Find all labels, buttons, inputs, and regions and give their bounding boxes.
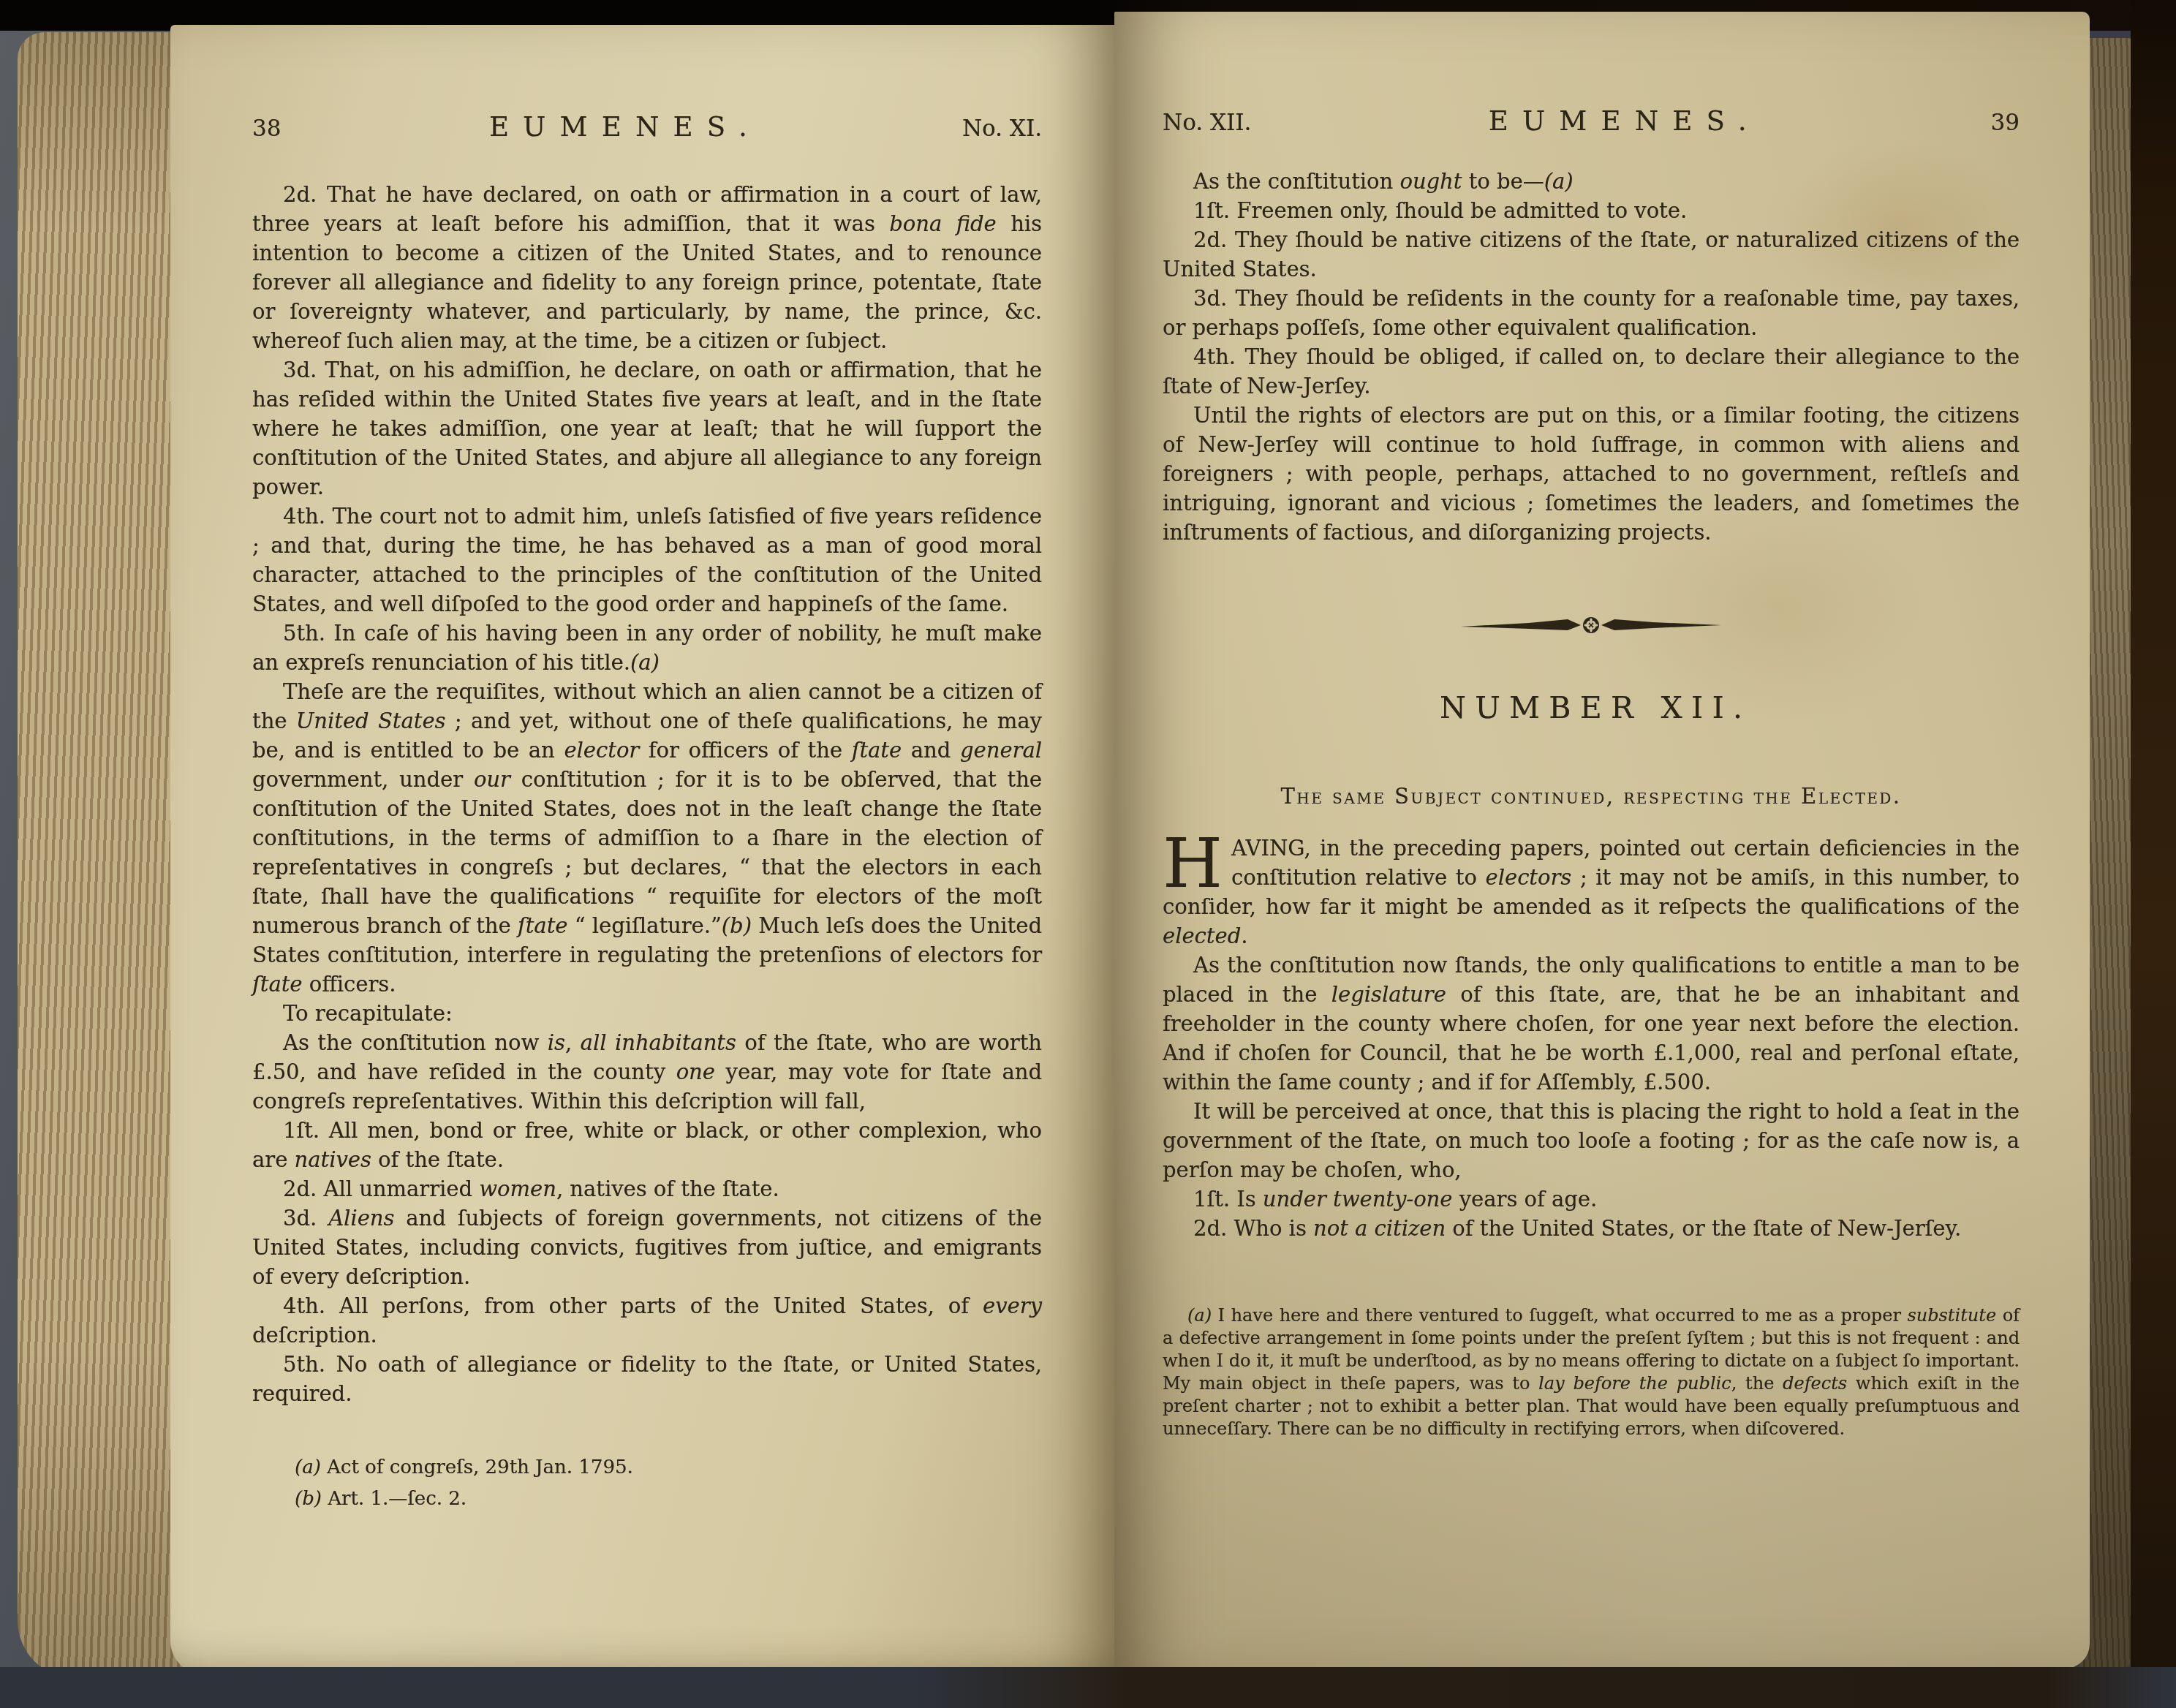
backdrop-bottom-shadow <box>0 1667 2176 1708</box>
right-running-title: EUMENES. <box>1481 105 1761 137</box>
paragraph: 4th. They ſhould be obliged, if called o… <box>1163 342 2020 401</box>
paragraph: 3d. Aliens and ſubjects of foreign gover… <box>252 1203 1042 1291</box>
paragraph: 2d. Who is not a citizen of the United S… <box>1163 1214 2020 1243</box>
paragraph: 3d. That, on his admiſſion, he declare, … <box>252 355 1042 502</box>
right-page-body-main: HAVING, in the preceding papers, pointed… <box>1163 834 2020 1243</box>
paragraph: 1ſt. Is under twenty-one years of age. <box>1163 1184 2020 1214</box>
paragraph: Theſe are the requiſites, without which … <box>252 677 1042 999</box>
paragraph: It will be perceived at once, that this … <box>1163 1097 2020 1184</box>
paragraph: As the conſtitution ought to be—(a) <box>1163 167 2020 196</box>
right-issue-number: No. XII. <box>1163 110 1251 136</box>
right-page-number: 39 <box>1991 110 2020 136</box>
paragraph: 5th. In caſe of his having been in any o… <box>252 619 1042 677</box>
left-running-header: 38 EUMENES. No. XI. <box>252 111 1042 143</box>
left-issue-number: No. XI. <box>962 116 1042 142</box>
section-subject-line: The same Subject continued, respecting t… <box>1163 784 2020 809</box>
paragraph: 2d. They ſhould be native citizens of th… <box>1163 225 2020 284</box>
paragraph: As the conſtitution now ſtands, the only… <box>1163 951 2020 1097</box>
footnote-a: (a) Act of congreſs, 29th Jan. 1795. <box>295 1452 1026 1484</box>
paragraph: 1ſt. Freemen only, ſhould be admitted to… <box>1163 196 2020 225</box>
paragraph: Until the rights of electors are put on … <box>1163 401 2020 547</box>
left-page-number: 38 <box>252 116 281 142</box>
paragraph: To recapitulate: <box>252 999 1042 1028</box>
left-page: 38 EUMENES. No. XI. 2d. That he have dec… <box>170 25 1115 1674</box>
left-running-title: EUMENES. <box>482 111 761 143</box>
paragraph: 2d. That he have declared, on oath or af… <box>252 180 1042 355</box>
section-heading: NUMBER XII. <box>1163 690 2020 725</box>
opening-paragraph-text: AVING, in the preceding papers, pointed … <box>1163 836 2020 948</box>
footnote-a-text: (a) I have here and there ventured to ſu… <box>1163 1304 2020 1440</box>
book-spread-scan: 38 EUMENES. No. XI. 2d. That he have dec… <box>0 0 2176 1708</box>
paragraph: 4th. The court not to admit him, unleſs … <box>252 502 1042 619</box>
drop-cap: H <box>1163 834 1231 891</box>
paragraph: 5th. No oath of allegiance or fidelity t… <box>252 1350 1042 1408</box>
right-page: No. XII. EUMENES. 39 As the conſtitution… <box>1114 12 2090 1669</box>
paragraph: 2d. All unmarried women, natives of the … <box>252 1174 1042 1203</box>
right-running-header: No. XII. EUMENES. 39 <box>1163 105 2020 137</box>
tapered-rule-rosette-ornament-icon <box>1459 616 1723 636</box>
paragraph: As the conſtitution now is, all inhabita… <box>252 1028 1042 1116</box>
footnote-b: (b) Art. 1.—ſec. 2. <box>295 1484 1026 1515</box>
left-footnotes: (a) Act of congreſs, 29th Jan. 1795. (b)… <box>295 1452 1026 1515</box>
right-page-body-top: As the conſtitution ought to be—(a) 1ſt.… <box>1163 167 2020 547</box>
paragraph: 3d. They ſhould be reſidents in the coun… <box>1163 284 2020 342</box>
book-cover-right-edge <box>2131 0 2176 1708</box>
right-footnote: (a) I have here and there ventured to ſu… <box>1163 1304 2020 1440</box>
left-page-body: 2d. That he have declared, on oath or af… <box>252 180 1042 1408</box>
section-divider <box>1163 616 2020 639</box>
opening-paragraph: HAVING, in the preceding papers, pointed… <box>1163 834 2020 951</box>
paragraph: 4th. All perſons, from other parts of th… <box>252 1291 1042 1350</box>
paragraph: 1ſt. All men, bond or free, white or bla… <box>252 1116 1042 1174</box>
